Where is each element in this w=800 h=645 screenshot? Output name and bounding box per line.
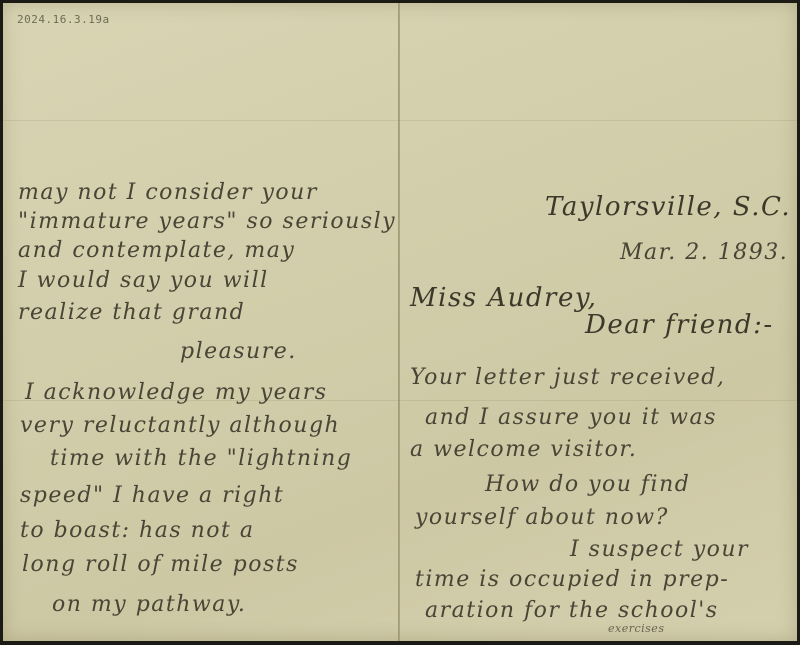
salutation: Dear friend:- xyxy=(585,310,774,340)
interlinear-note: exercises xyxy=(608,622,664,635)
left-line: to boast: has not a xyxy=(20,518,255,543)
right-line: yourself about now? xyxy=(415,505,669,530)
letter-place: Taylorsville, S.C. xyxy=(545,192,791,222)
right-line: Your letter just received, xyxy=(410,365,725,390)
left-line: I acknowledge my years xyxy=(25,380,328,405)
paper-crease xyxy=(3,120,797,121)
right-line: and I assure you it was xyxy=(425,405,717,430)
left-line: realize that grand xyxy=(18,300,245,325)
left-line: very reluctantly although xyxy=(20,413,340,438)
accession-number: 2024.16.3.19a xyxy=(17,13,110,26)
right-line: aration for the school's xyxy=(425,598,719,623)
left-line: pleasure. xyxy=(180,339,297,364)
left-line: and contemplate, may xyxy=(18,238,295,263)
left-line: may not I consider your xyxy=(18,180,318,205)
right-line: a welcome visitor. xyxy=(410,437,637,462)
right-line: I suspect your xyxy=(570,537,749,562)
left-line: I would say you will xyxy=(18,268,269,293)
left-line: "immature years" so seriously xyxy=(18,209,396,234)
salutation-name: Miss Audrey, xyxy=(410,283,597,313)
letter-date: Mar. 2. 1893. xyxy=(620,240,788,265)
left-line: long roll of mile posts xyxy=(22,552,299,577)
left-line: on my pathway. xyxy=(52,592,246,617)
left-line: time with the "lightning xyxy=(50,446,352,471)
center-fold xyxy=(398,3,400,641)
right-line: time is occupied in prep- xyxy=(415,567,729,592)
left-line: speed" I have a right xyxy=(20,483,284,508)
right-line: How do you find xyxy=(485,472,690,497)
